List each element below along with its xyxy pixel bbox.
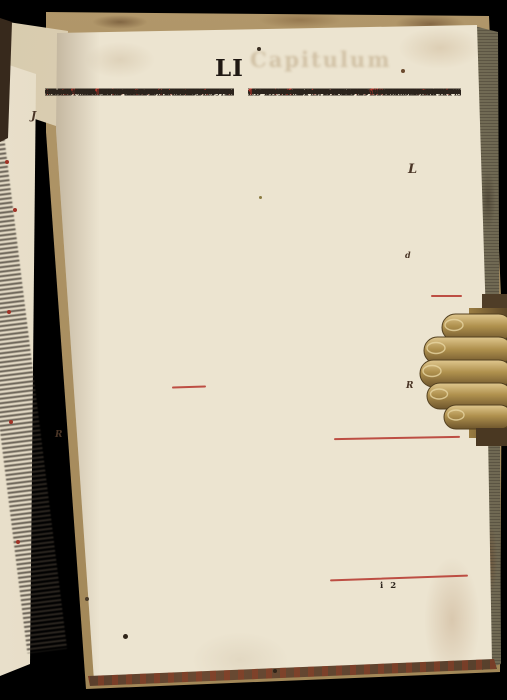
rubric-underline (431, 295, 462, 297)
paper-speck (401, 69, 405, 73)
clasp-fingers (420, 314, 507, 429)
paper-speck (7, 310, 11, 314)
show-through-heading: Capitulum (250, 47, 455, 72)
marginal-annotation: J (31, 109, 36, 122)
text-line: ¶Procedit igit incōpabiliter maiore rapi… (248, 87, 461, 97)
paper-speck (259, 196, 262, 199)
paper-speck (273, 669, 277, 673)
paper-speck (85, 597, 89, 601)
quire-signature: i 2 (380, 581, 398, 591)
paper-speck (257, 47, 261, 51)
marginal-annotation: R (406, 381, 413, 391)
marginal-annotation: d (405, 250, 411, 260)
paper-speck (5, 160, 9, 164)
text-line: dne de' me' ¶Qʒ amara ē mors iſta? q ſe … (45, 87, 234, 97)
paper-speck (9, 420, 13, 424)
book-photograph: Capitulum LI ſola luminis iſti' tradita … (0, 0, 507, 700)
paper-speck (13, 208, 17, 212)
brass-clasp (414, 294, 507, 446)
chapter-number-heading: LI (215, 55, 244, 82)
paper-speck (16, 540, 20, 544)
paper-speck (123, 634, 128, 639)
marginal-annotation: L (408, 162, 417, 177)
marginal-annotation: R (55, 430, 62, 440)
clasp-catch (476, 428, 507, 446)
